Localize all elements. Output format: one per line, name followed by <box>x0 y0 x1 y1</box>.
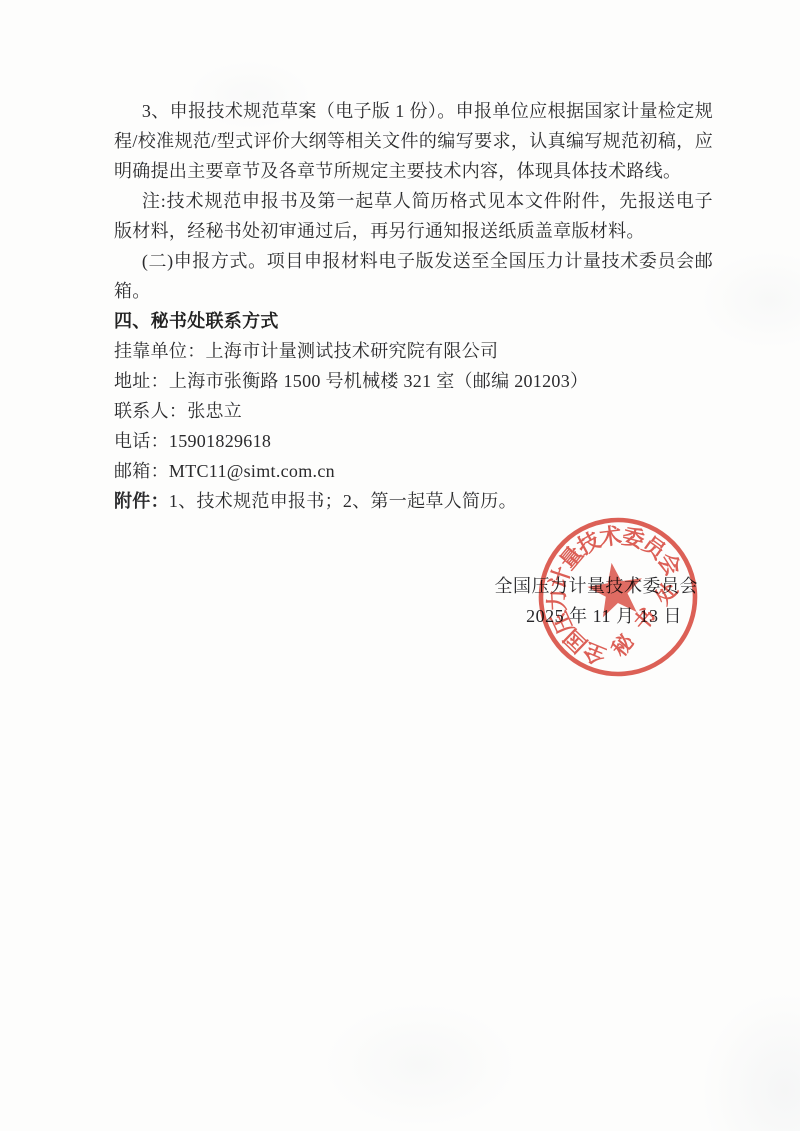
contact-line-address: 地址：上海市张衡路 1500 号机械楼 321 室（邮编 201203） <box>114 366 713 396</box>
seal-char: 秘 <box>607 629 640 661</box>
attachment-text: 1、技术规范申报书；2、第一起草人简历。 <box>169 491 517 511</box>
contact-label: 挂靠单位： <box>114 341 206 361</box>
contact-value: 上海市计量测试技术研究院有限公司 <box>206 341 499 361</box>
seal-char: 处 <box>651 578 683 610</box>
contact-label: 邮箱： <box>114 461 169 481</box>
contact-line-email: 邮箱：MTC11@simt.com.cn <box>114 456 713 486</box>
contact-value: 上海市张衡路 1500 号机械楼 321 室（邮编 201203） <box>169 371 588 391</box>
contact-label: 联系人： <box>114 401 187 421</box>
official-seal: 全 国 压 力 计 量 技 术 委 员 会 秘 书 处 <box>518 497 718 697</box>
paragraph-draft-requirements: 3、申报技术规范草案（电子版 1 份）。申报单位应根据国家计量检定规程/校准规范… <box>114 96 713 186</box>
paragraph-note: 注:技术规范申报书及第一起草人简历格式见本文件附件，先报送电子版材料，经秘书处初… <box>114 186 713 246</box>
contact-line-person: 联系人：张忠立 <box>114 396 713 426</box>
contact-value: MTC11@simt.com.cn <box>169 461 335 481</box>
attachment-label: 附件： <box>114 491 169 511</box>
scanned-document-page: 3、申报技术规范草案（电子版 1 份）。申报单位应根据国家计量检定规程/校准规范… <box>0 0 800 1131</box>
contact-line-host-unit: 挂靠单位：上海市计量测试技术研究院有限公司 <box>114 336 713 366</box>
section-heading-contact: 四、秘书处联系方式 <box>114 306 713 336</box>
document-body: 3、申报技术规范草案（电子版 1 份）。申报单位应根据国家计量检定规程/校准规范… <box>114 96 713 516</box>
contact-line-phone: 电话：15901829618 <box>114 426 713 456</box>
contact-label: 地址： <box>114 371 169 391</box>
paragraph-submission-method: (二)申报方式。项目申报材料电子版发送至全国压力计量技术委员会邮箱。 <box>114 246 713 306</box>
contact-label: 电话： <box>114 431 169 451</box>
contact-value: 张忠立 <box>187 401 242 421</box>
contact-value: 15901829618 <box>169 431 271 451</box>
